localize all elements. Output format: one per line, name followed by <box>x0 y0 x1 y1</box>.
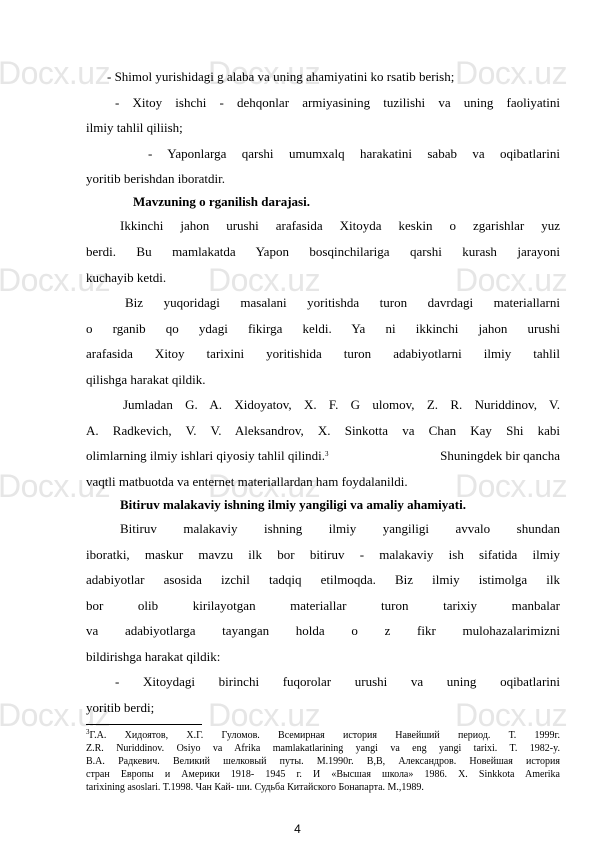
list-item-line: ilmiy tahlil qiliish; <box>86 120 183 135</box>
paragraph-line: kuchayib ketdi. <box>86 270 166 285</box>
watermark: Docx.uz <box>0 55 110 92</box>
watermark: Docx.uz <box>455 262 567 299</box>
paragraph-line: olimlarning ilmiy ishlari qiyosiy tahlil… <box>86 448 560 463</box>
paragraph-line: bildirishga harakat qildik: <box>86 649 220 664</box>
paragraph-line: iboratki, maskur mavzu ilk bor bitiruv -… <box>86 547 560 562</box>
paragraph-line: berdi. Bu mamlakatda Yapon bosqinchilari… <box>86 244 560 259</box>
paragraph-line: A. Radkevich, V. V. Aleksandrov, X. Sink… <box>86 423 560 438</box>
paragraph-line: qilishga harakat qildik. <box>86 372 206 387</box>
footnote-line: 3Г.А. Хидоятов, Х.Г. Гуломов. Всемирная … <box>86 730 560 743</box>
list-item-line: yoritib berishdan iboratdir. <box>86 171 225 186</box>
paragraph-line: o rganib qo ydagi fikirga keldi. Ya ni i… <box>86 321 560 336</box>
text-fragment: olimlarning ilmiy ishlari qiyosiy tahlil… <box>86 448 325 463</box>
list-item-line: yoritib berdi; <box>86 700 154 715</box>
page-number: 4 <box>0 822 595 836</box>
watermark: Docx.uz <box>455 468 567 505</box>
section-heading: Mavzuning o rganilish darajasi. <box>133 194 310 209</box>
paragraph-fragment: Shuningdek bir qancha <box>440 448 560 463</box>
paragraph-line: Bitiruv malakaviy ishning ilmiy yangilig… <box>120 521 560 536</box>
section-heading: Bitiruv malakaviy ishning ilmiy yangilig… <box>120 497 466 512</box>
watermark: Docx.uz <box>455 697 567 734</box>
paragraph-line: vaqtli matbuotda va enternet materiallar… <box>86 474 408 489</box>
paragraph-line: Jumladan G. A. Xidoyatov, X. F. G ulomov… <box>123 397 560 412</box>
paragraph-line: bor olib kirilayotgan materiallar turon … <box>86 598 560 613</box>
footnote-reference[interactable]: 3 <box>325 450 329 458</box>
paragraph-line: Ikkinchi jahon urushi arafasida Xitoyda … <box>120 218 560 233</box>
watermark: Docx.uz <box>455 55 567 92</box>
list-item-line: - Xitoy ishchi - dehqonlar armiyasining … <box>115 95 560 110</box>
list-item-line: - Shimol yurishidagi g alaba va uning ah… <box>107 69 454 84</box>
paragraph-line: Biz yuqoridagi masalani yoritishda turon… <box>125 295 560 310</box>
list-item-line: - Xitoydagi birinchi fuqorolar urushi va… <box>115 674 560 689</box>
footnote-line: tarixining asoslari. T.1998. Чан Кай- ши… <box>86 782 560 795</box>
paragraph-line: adabiyotlar asosida izchil tadqiq etilmo… <box>86 572 560 587</box>
watermark: Docx.uz <box>208 697 320 734</box>
watermark: Docx.uz <box>208 262 320 299</box>
footnote-separator <box>86 724 202 725</box>
footnote-line: стран Европы и Америки 1918- 1945 г. И «… <box>86 769 560 782</box>
footnote-text: Г.А. Хидоятов, Х.Г. Гуломов. Всемирная и… <box>90 730 561 741</box>
paragraph-line: va adabiyotlarga tayangan holda o z fikr… <box>86 623 560 638</box>
paragraph-fragment: olimlarning ilmiy ishlari qiyosiy tahlil… <box>86 448 329 463</box>
footnote-line: Z.R. Nuriddinov. Osiyo va Afrika mamlaka… <box>86 743 560 756</box>
document-page: Docx.uz Docx.uz Docx.uz Docx.uz Docx.uz … <box>0 0 595 842</box>
paragraph-line: arafasida Xitoy tarixini yoritishida tur… <box>86 346 560 361</box>
footnote-line: В.А. Радкевич. Великий шелковый путы. М.… <box>86 756 560 769</box>
list-item-line: - Yaponlarga qarshi umumxalq harakatini … <box>148 146 560 161</box>
